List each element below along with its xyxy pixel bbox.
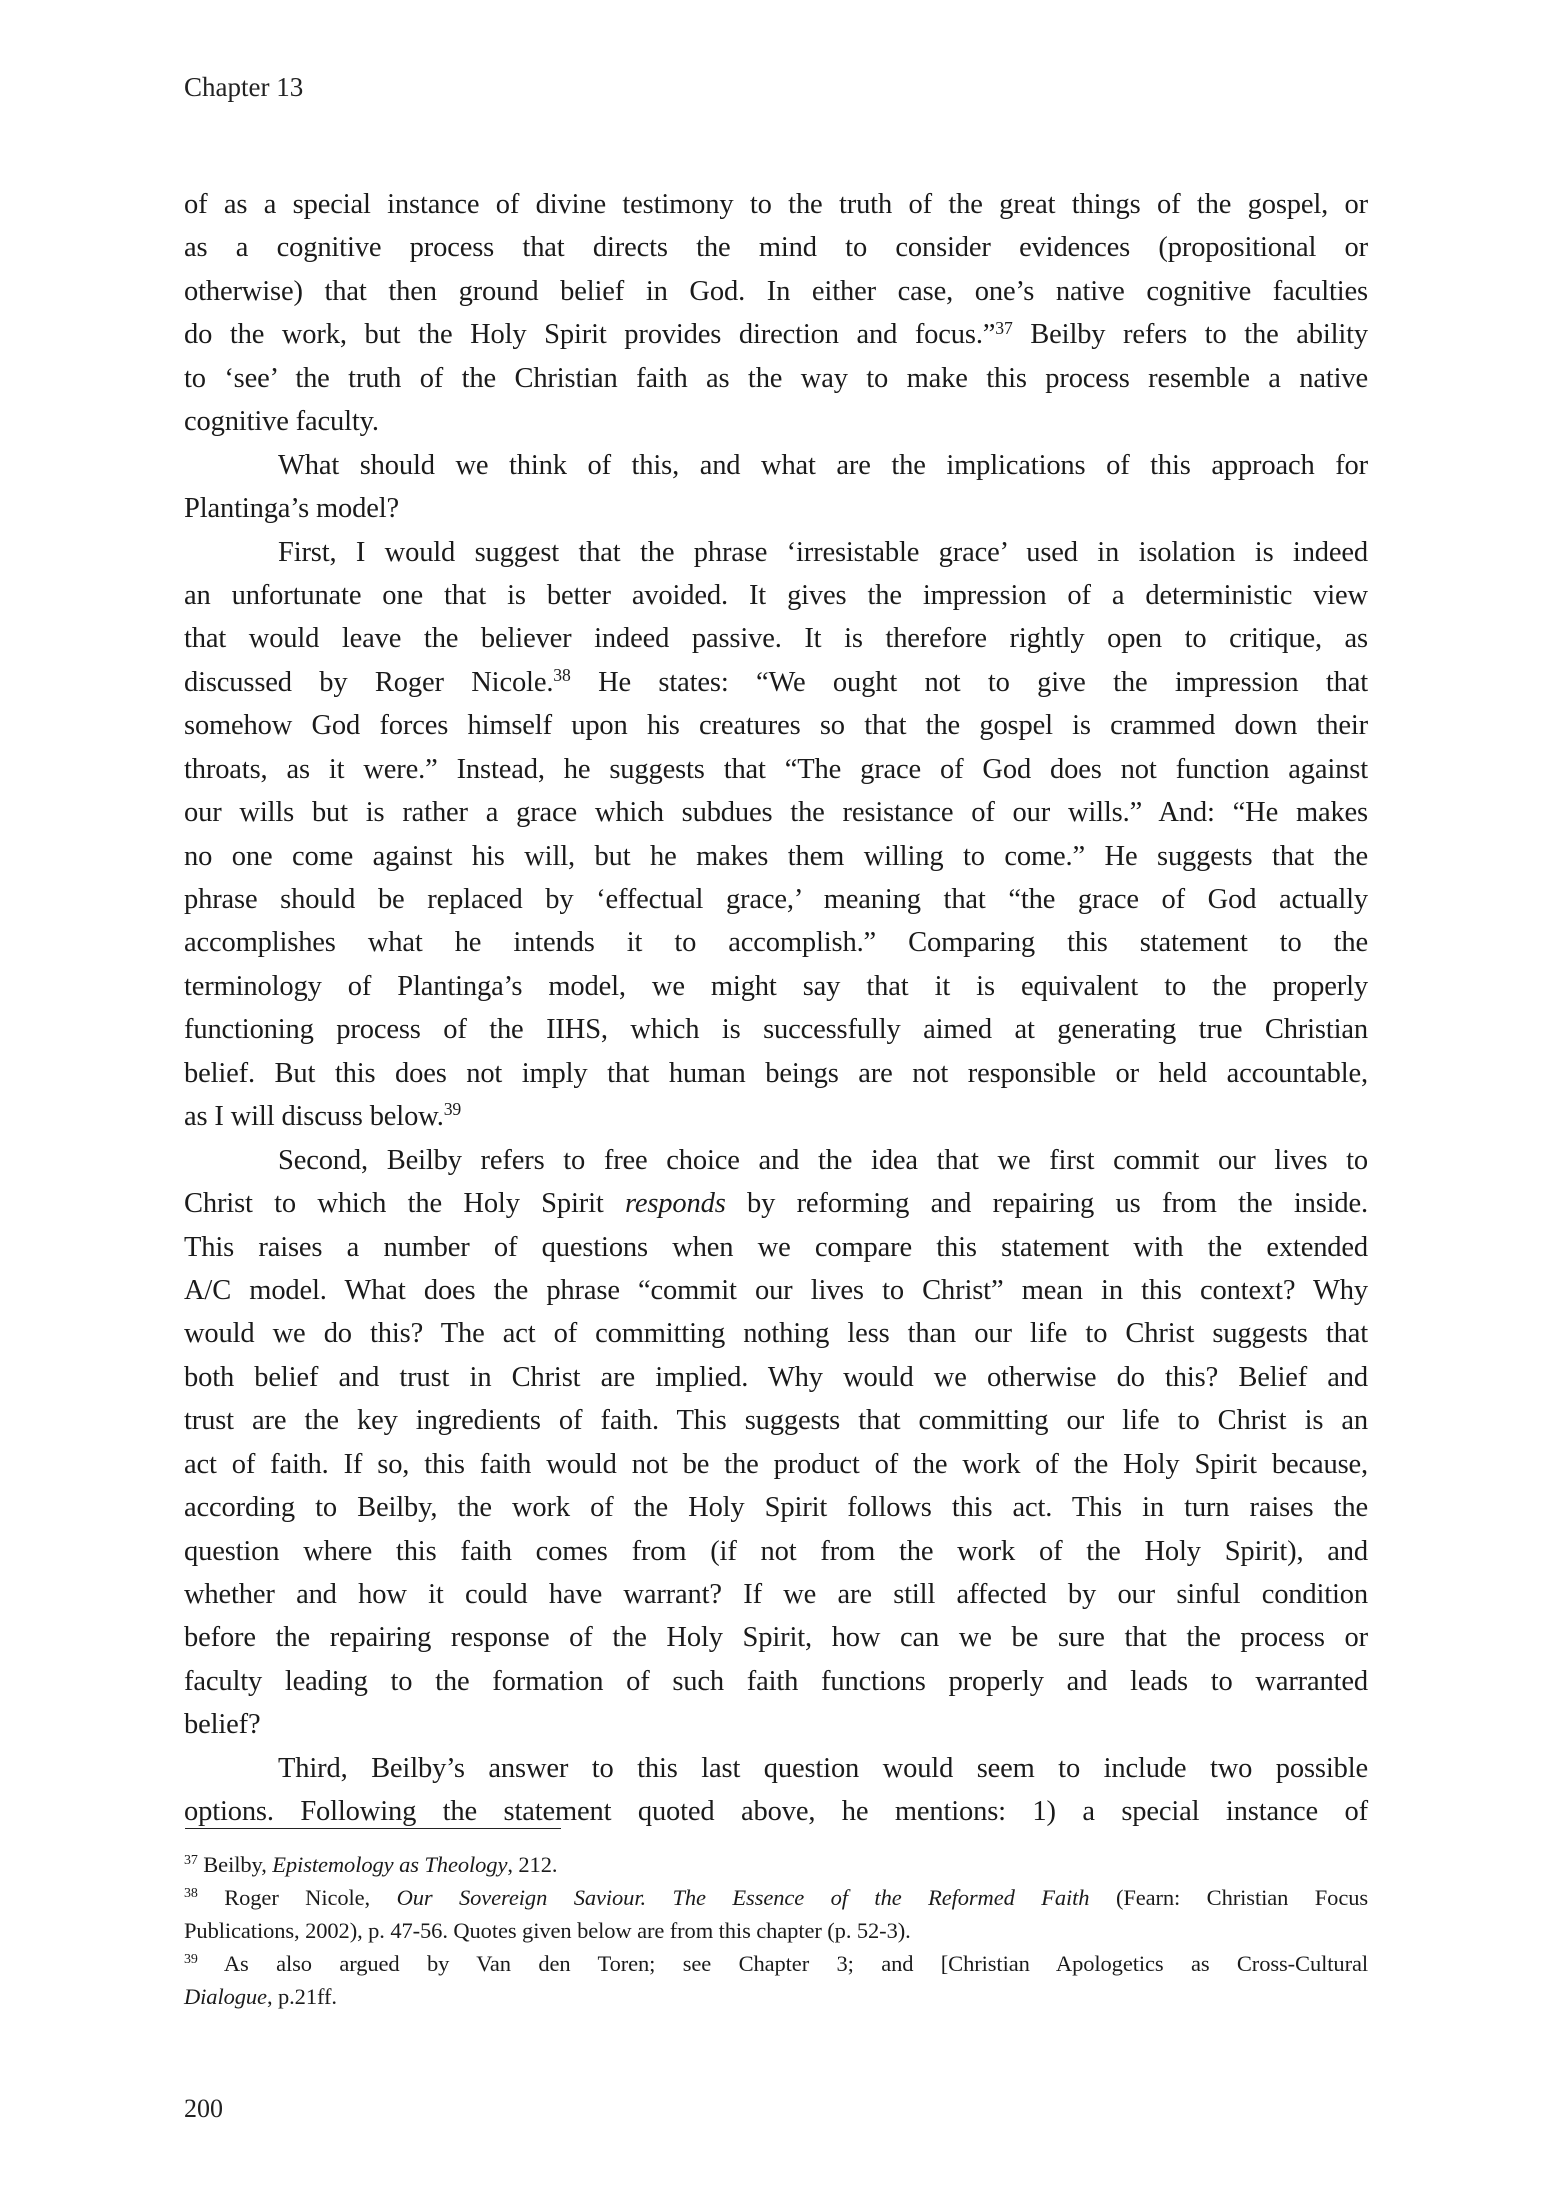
text-line: belief?: [184, 1703, 1368, 1746]
text-line: belief. But this does not imply that hum…: [184, 1052, 1368, 1095]
text-line: trust are the key ingredients of faith. …: [184, 1399, 1368, 1442]
text-line: otherwise) that then ground belief in Go…: [184, 270, 1368, 313]
italic-text: Epistemology as Theology: [272, 1852, 507, 1877]
text-line: our wills but is rather a grace which su…: [184, 791, 1368, 834]
text-line: throats, as it were.” Instead, he sugges…: [184, 748, 1368, 791]
text-line: act of faith. If so, this faith would no…: [184, 1443, 1368, 1486]
footnote-38: 38 Roger Nicole, Our Sovereign Saviour. …: [184, 1881, 1368, 1947]
text-line: before the repairing response of the Hol…: [184, 1616, 1368, 1659]
text-line: question where this faith comes from (if…: [184, 1530, 1368, 1573]
footnote-line: 37 Beilby, Epistemology as Theology, 212…: [184, 1848, 1368, 1881]
italic-text: Dialogue: [184, 1984, 267, 2009]
text-line: accomplishes what he intends it to accom…: [184, 921, 1368, 964]
text-line: Christ to which the Holy Spirit responds…: [184, 1182, 1368, 1225]
footnote-line: 38 Roger Nicole, Our Sovereign Saviour. …: [184, 1881, 1368, 1914]
footnote-39: 39 As also argued by Van den Toren; see …: [184, 1947, 1368, 2013]
text-line: terminology of Plantinga’s model, we mig…: [184, 965, 1368, 1008]
footnote-37: 37 Beilby, Epistemology as Theology, 212…: [184, 1848, 1368, 1881]
text-line: cognitive faculty.: [184, 400, 1368, 443]
text-line: A/C model. What does the phrase “commit …: [184, 1269, 1368, 1312]
text-line: Second, Beilby refers to free choice and…: [184, 1139, 1368, 1182]
text-line: an unfortunate one that is better avoide…: [184, 574, 1368, 617]
footnotes: 37 Beilby, Epistemology as Theology, 212…: [184, 1848, 1368, 2013]
text-line: to ‘see’ the truth of the Christian fait…: [184, 357, 1368, 400]
text-line: whether and how it could have warrant? I…: [184, 1573, 1368, 1616]
text-line: no one come against his will, but he mak…: [184, 835, 1368, 878]
text-line: First, I would suggest that the phrase ‘…: [184, 531, 1368, 574]
text-line: somehow God forces himself upon his crea…: [184, 704, 1368, 747]
text-line: would we do this? The act of committing …: [184, 1312, 1368, 1355]
text-line: faculty leading to the formation of such…: [184, 1660, 1368, 1703]
text-line: of as a special instance of divine testi…: [184, 183, 1368, 226]
text-line: This raises a number of questions when w…: [184, 1226, 1368, 1269]
footnote-ref-39[interactable]: 39: [444, 1099, 461, 1119]
text-line: phrase should be replaced by ‘effectual …: [184, 878, 1368, 921]
text-line: as a cognitive process that directs the …: [184, 226, 1368, 269]
text-line: What should we think of this, and what a…: [184, 444, 1368, 487]
text-line: both belief and trust in Christ are impl…: [184, 1356, 1368, 1399]
text-line: discussed by Roger Nicole.38 He states: …: [184, 661, 1368, 704]
text-line: that would leave the believer indeed pas…: [184, 617, 1368, 660]
italic-text: responds: [625, 1188, 726, 1219]
text-line: Third, Beilby’s answer to this last ques…: [184, 1747, 1368, 1790]
footnote-line: 39 As also argued by Van den Toren; see …: [184, 1947, 1368, 1980]
text-line: according to Beilby, the work of the Hol…: [184, 1486, 1368, 1529]
document-page: Chapter 13 of as a special instance of d…: [0, 0, 1555, 2196]
footnote-ref-37[interactable]: 37: [184, 1853, 198, 1868]
paragraph: First, I would suggest that the phrase ‘…: [184, 531, 1368, 1139]
paragraph: Second, Beilby refers to free choice and…: [184, 1139, 1368, 1747]
page-number: 200: [184, 2094, 223, 2124]
text-line: Plantinga’s model?: [184, 487, 1368, 530]
text-line: do the work, but the Holy Spirit provide…: [184, 313, 1368, 356]
running-head: Chapter 13: [184, 70, 303, 104]
footnote-ref-39[interactable]: 39: [184, 1952, 198, 1967]
footnote-line: Publications, 2002), p. 47-56. Quotes gi…: [184, 1914, 1368, 1947]
body-text: of as a special instance of divine testi…: [184, 183, 1368, 1834]
text-line: functioning process of the IIHS, which i…: [184, 1008, 1368, 1051]
text-line: as I will discuss below.39: [184, 1095, 1368, 1138]
footnote-ref-38[interactable]: 38: [184, 1886, 198, 1901]
paragraph: of as a special instance of divine testi…: [184, 183, 1368, 444]
footnote-separator: [185, 1828, 561, 1829]
italic-text: Our Sovereign Saviour. The Essence of th…: [397, 1885, 1090, 1910]
paragraph: Third, Beilby’s answer to this last ques…: [184, 1747, 1368, 1834]
footnote-ref-38[interactable]: 38: [553, 665, 570, 685]
paragraph: What should we think of this, and what a…: [184, 444, 1368, 531]
footnote-ref-37[interactable]: 37: [995, 318, 1012, 338]
footnote-line: Dialogue, p.21ff.: [184, 1980, 1368, 2013]
